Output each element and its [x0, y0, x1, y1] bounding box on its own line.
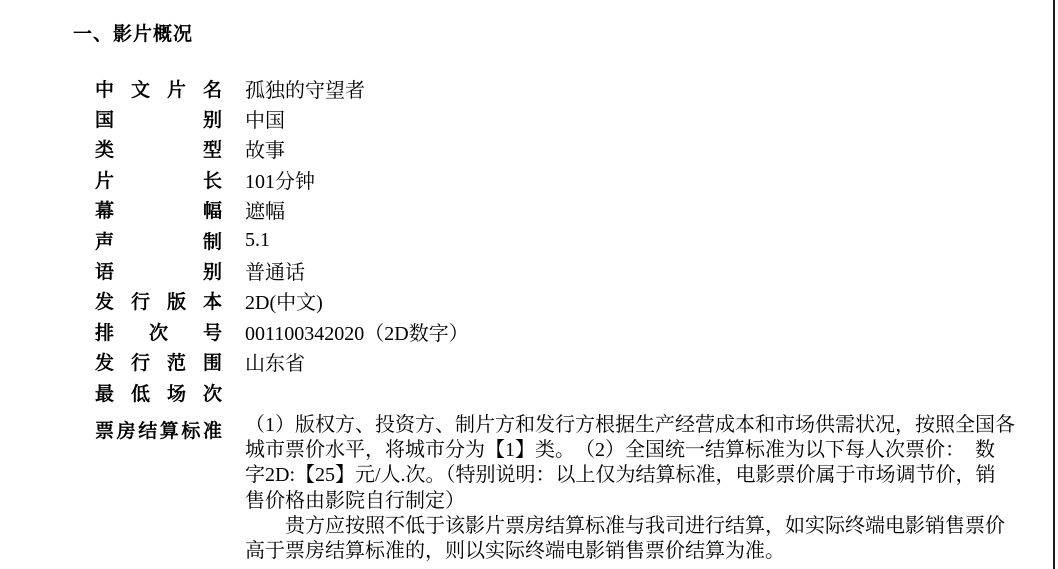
field-value-runtime: 101分钟 — [245, 165, 315, 194]
field-value-release-scope: 山东省 — [245, 347, 305, 376]
settlement-line: （1）版权方、投资方、制片方和发行方根据生产经营成本和市场供需状况，按照全国各 — [245, 413, 1045, 438]
field-value-sequence-number: 001100342020（2D数字） — [245, 317, 469, 346]
field-label-language: 语别 — [95, 257, 222, 284]
field-row-release-version: 发行版本 2D(中文) — [95, 286, 1045, 316]
film-info-list: 中文片名 孤独的守望者 国别 中国 类型 故事 片长 101分钟 幕幅 遮幅 声… — [95, 73, 1045, 407]
field-label-sequence-number: 排次号 — [95, 318, 222, 345]
field-row-release-scope: 发行范围 山东省 — [95, 347, 1045, 377]
field-value-genre: 故事 — [245, 134, 285, 163]
field-label-runtime: 片长 — [95, 166, 222, 193]
settlement-line: 高于票房结算标准的，则以实际终端电影销售票价结算为准。 — [245, 539, 1045, 564]
field-label-sound: 声制 — [95, 227, 222, 254]
field-value-country: 中国 — [245, 104, 285, 133]
settlement-line: 售价格由影院自行制定） — [245, 489, 1045, 514]
field-label-chinese-title: 中文片名 — [95, 75, 222, 102]
settlement-paragraph: （1）版权方、投资方、制片方和发行方根据生产经营成本和市场供需状况，按照全国各 … — [245, 413, 1045, 564]
settlement-line: 字2D:【25】元/人.次。（特别说明：以上仅为结算标准，电影票价属于市场调节价… — [245, 463, 1045, 488]
field-value-sound: 5.1 — [245, 229, 270, 252]
field-row-sound: 声制 5.1 — [95, 225, 1045, 255]
field-row-runtime: 片长 101分钟 — [95, 164, 1045, 194]
field-label-aspect: 幕幅 — [95, 196, 222, 223]
field-value-release-version: 2D(中文) — [245, 286, 323, 315]
field-row-country: 国别 中国 — [95, 103, 1045, 133]
field-row-chinese-title: 中文片名 孤独的守望者 — [95, 73, 1045, 103]
field-label-release-version: 发行版本 — [95, 287, 222, 314]
field-label-country: 国别 — [95, 105, 222, 132]
document-page: 一、影片概况 中文片名 孤独的守望者 国别 中国 类型 故事 片长 101分钟 … — [0, 0, 1058, 569]
field-row-sequence-number: 排次号 001100342020（2D数字） — [95, 316, 1045, 346]
field-row-box-office-settlement: 票房结算标准 （1）版权方、投资方、制片方和发行方根据生产经营成本和市场供需状况… — [95, 413, 1045, 564]
page-right-border — [1053, 0, 1055, 569]
field-row-genre: 类型 故事 — [95, 134, 1045, 164]
field-label-minimum-screenings: 最低场次 — [95, 379, 222, 406]
field-row-language: 语别 普通话 — [95, 255, 1045, 285]
section-title: 一、影片概况 — [73, 19, 193, 46]
field-value-language: 普通话 — [245, 256, 305, 285]
field-value-chinese-title: 孤独的守望者 — [245, 74, 365, 103]
field-value-aspect: 遮幅 — [245, 195, 285, 224]
field-label-genre: 类型 — [95, 135, 222, 162]
field-label-release-scope: 发行范围 — [95, 348, 222, 375]
field-label-box-office-settlement: 票房结算标准 — [95, 416, 222, 443]
field-row-minimum-screenings: 最低场次 — [95, 377, 1045, 407]
field-row-aspect: 幕幅 遮幅 — [95, 195, 1045, 225]
settlement-line: 贵方应按照不低于该影片票房结算标准与我司进行结算，如实际终端电影销售票价 — [245, 514, 1045, 539]
settlement-line: 城市票价水平，将城市分为【1】类。 （2）全国统一结算标准为以下每人次票价： 数 — [245, 438, 1045, 463]
